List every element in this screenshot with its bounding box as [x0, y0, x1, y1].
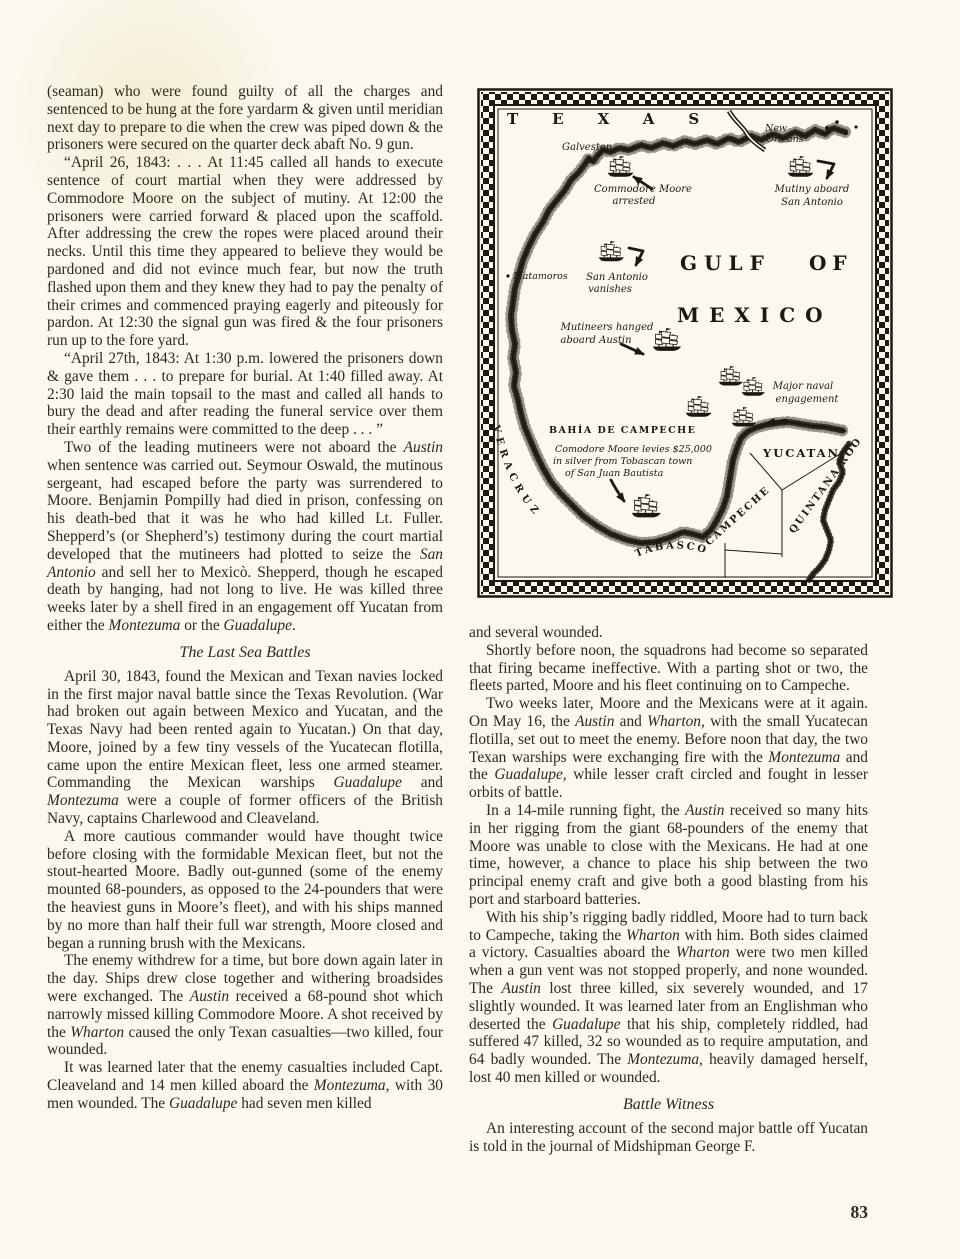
paragraph: With his ship’s rigging badly riddled, M… — [469, 909, 868, 1087]
annotation-moore-arrested-2: arrested — [613, 196, 656, 207]
ship-icon — [719, 366, 743, 386]
ship-icon — [632, 494, 661, 517]
paragraph: It was learned later that the enemy casu… — [47, 1059, 443, 1112]
section-heading: The Last Sea Battles — [47, 644, 443, 662]
paragraph: (seaman) who were found guilty of all th… — [47, 83, 443, 154]
map-label-matamoros: Matamoros — [512, 271, 568, 282]
ship-icon — [599, 241, 624, 261]
paragraph: In a 14-mile running fight, the Austin r… — [469, 802, 868, 909]
paragraph: “April 26, 1843: . . . At 11:45 called a… — [47, 154, 443, 350]
ship-icon — [653, 328, 681, 351]
map-label-bahia-de-campeche: BAHÍA DE CAMPECHE — [549, 424, 696, 436]
left-column: (seaman) who were found guilty of all th… — [47, 83, 443, 1113]
map-label-galveston: Galveston — [562, 142, 612, 153]
annotation-engagement-2: engagement — [776, 394, 840, 405]
ship-icon — [686, 396, 712, 417]
section-heading: Battle Witness — [469, 1096, 868, 1114]
right-column: and several wounded.Shortly before noon,… — [469, 624, 868, 1155]
map-label-gulf: GULF — [680, 251, 771, 275]
ship-icon — [608, 156, 634, 177]
map-label-new-orleans-2: Orleans — [766, 134, 804, 145]
paragraph: The enemy withdrew for a time, but bore … — [47, 952, 443, 1059]
annotation-mutiny: Mutiny aboard — [774, 184, 850, 195]
paragraph: April 30, 1843, found the Mexican and Te… — [47, 668, 443, 828]
map-label-texas: TEXAS — [507, 110, 733, 128]
annotation-vanishes-2: vanishes — [588, 284, 632, 295]
arrow-icon — [611, 480, 624, 501]
map-label-new-orleans-1: New — [764, 123, 787, 134]
annotation-hanged-2: aboard Austin — [560, 335, 631, 346]
paragraph: Shortly before noon, the squadrons had b… — [469, 642, 868, 695]
paragraph: and several wounded. — [469, 624, 868, 642]
hook-arrow-icon — [818, 161, 834, 178]
annotation-levy: Comodore Moore levies $25,000 — [555, 444, 712, 455]
map-label-yucatan: YUCATAN — [762, 446, 840, 460]
checkered-border — [479, 90, 892, 597]
paragraph: Two weeks later, Moore and the Mexicans … — [469, 695, 868, 802]
matamoros-dot — [506, 274, 509, 277]
hook-arrow-icon — [629, 248, 643, 265]
paragraph: Two of the leading mutineers were not ab… — [47, 439, 443, 635]
map-label-mexico: MEXICO — [677, 303, 833, 327]
paragraph: A more cautious commander would have tho… — [47, 828, 443, 953]
annotation-moore-arrested: Commodore Moore — [594, 184, 692, 195]
map-label-of: OF — [809, 251, 853, 275]
ship-icon — [742, 377, 765, 396]
annotation-vanishes: San Antonio — [586, 272, 648, 283]
annotation-hanged: Mutineers hanged — [560, 322, 654, 333]
annotation-levy-2: in silver from Tobascan town — [553, 456, 692, 467]
annotation-mutiny-2: San Antonio — [781, 197, 843, 208]
ship-icon — [788, 156, 814, 177]
page-number: 83 — [469, 1202, 868, 1223]
annotation-engagement: Major naval — [772, 381, 834, 392]
annotation-levy-3: of San Juan Bautista — [565, 468, 664, 479]
paragraph: An interesting account of the second maj… — [469, 1120, 868, 1156]
paragraph: “April 27th, 1843: At 1:30 p.m. lowered … — [47, 350, 443, 439]
gulf-of-mexico-map-illustration: TEXAS GULF OF MEXICO BAHÍA DE CAMPECHE Y… — [477, 88, 893, 598]
ship-icon — [732, 407, 756, 427]
